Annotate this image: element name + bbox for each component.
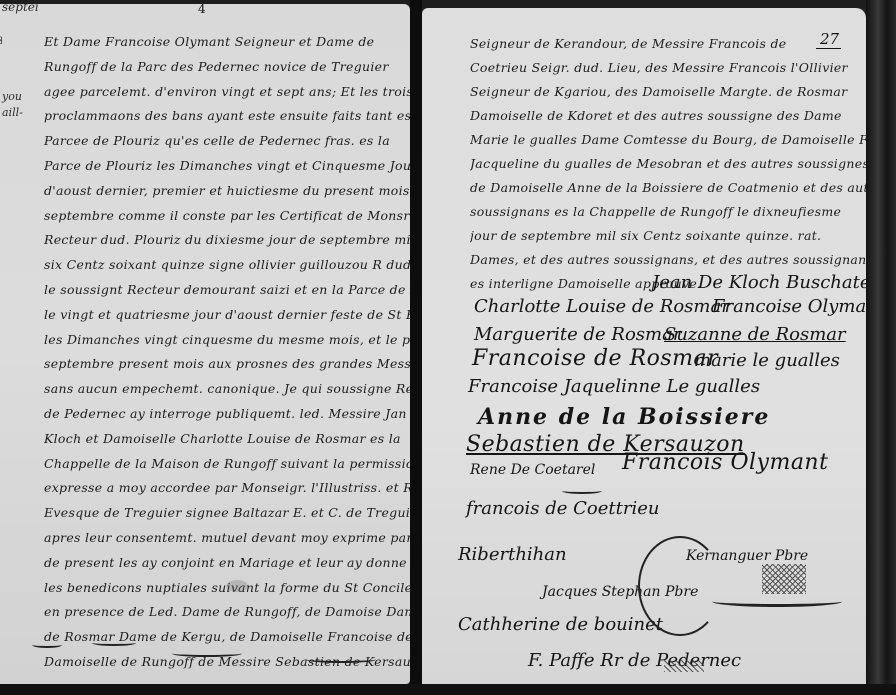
signature-flourish	[712, 596, 842, 607]
signature: Francoise de Rosmar	[472, 346, 718, 371]
line-flourish	[306, 656, 376, 663]
text-line: les Dimanches vingt cinquesme du mesme m…	[44, 328, 410, 353]
text-line: six Centz soixant quinze signe ollivier …	[44, 253, 410, 278]
signature: Francoise Jaquelinne Le gualles	[468, 376, 760, 397]
text-line: d'aoust dernier, premier et huictiesme d…	[44, 179, 410, 204]
signature: Rene De Coetarel	[470, 462, 595, 478]
bottom-edge	[0, 684, 896, 695]
text-line: Damoiselle de Kdoret et des autres souss…	[470, 104, 866, 128]
text-line: Et Dame Francoise Olymant Seigneur et Da…	[44, 30, 410, 55]
text-line: septembre present mois aux prosnes des g…	[44, 352, 410, 377]
folio-mark: 4	[198, 4, 206, 16]
text-line: Recteur dud. Plouriz du dixiesme jour de…	[44, 228, 410, 253]
text-line: Parcee de Plouriz qu'es celle de Pederne…	[44, 129, 410, 154]
left-page: septei 4 Tro you aill- Et Dame Francoise…	[0, 4, 410, 684]
signature-paraph-loop	[638, 536, 722, 636]
signature: Charlotte Louise de Rosmar	[474, 296, 730, 317]
text-line: Evesque de Treguier signee Baltazar E. e…	[44, 501, 410, 526]
right-page: 27 Seigneur de Kerandour, de Messire Fra…	[422, 8, 866, 688]
margin-fragment: septei	[2, 4, 39, 14]
text-line: jour de septembre mil six Centz soixante…	[470, 224, 866, 248]
binding-gutter	[410, 0, 422, 695]
text-line: de Damoiselle Anne de la Boissiere de Co…	[470, 176, 866, 200]
signature: marie le gualles	[694, 350, 840, 371]
signature: Francoise Olymant	[712, 296, 866, 317]
signature: Anne de la Boissiere	[478, 404, 770, 430]
right-page-text: Seigneur de Kerandour, de Messire Franco…	[470, 32, 866, 296]
scribble-mark	[762, 564, 806, 594]
text-line: Seigneur de Kgariou, des Damoiselle Marg…	[470, 80, 866, 104]
text-line: en presence de Led. Dame de Rungoff, de …	[44, 600, 410, 625]
text-line: expresse a moy accordee par Monseigr. l'…	[44, 476, 410, 501]
manuscript-scan: septei 4 Tro you aill- Et Dame Francoise…	[0, 0, 896, 695]
signature: F. Paffe Rr de Pedernec	[528, 650, 741, 671]
text-line: Parce de Plouriz les Dimanches vingt et …	[44, 154, 410, 179]
text-line: de Rosmar Dame de Kergu, de Damoiselle F…	[44, 625, 410, 650]
text-line: Seigneur de Kerandour, de Messire Franco…	[470, 32, 866, 56]
book-edge	[866, 0, 896, 695]
text-line: Jacqueline du gualles de Mesobran et des…	[470, 152, 866, 176]
text-line: Marie le gualles Dame Comtesse du Bourg,…	[470, 128, 866, 152]
text-line: le vingt et quatriesme jour d'aoust dern…	[44, 303, 410, 328]
text-line: le soussignt Recteur demourant saizi et …	[44, 278, 410, 303]
text-line: Kloch et Damoiselle Charlotte Louise de …	[44, 427, 410, 452]
signature: francois de Coettrieu	[466, 498, 659, 519]
text-line: proclammaons des bans ayant este ensuite…	[44, 104, 410, 129]
text-line: soussignans es la Chappelle de Rungoff l…	[470, 200, 866, 224]
text-line: Coetrieu Seigr. dud. Lieu, des Messire F…	[470, 56, 866, 80]
line-flourish	[32, 642, 62, 648]
text-line: apres leur consentemt. mutuel devant moy…	[44, 526, 410, 551]
left-page-text: Et Dame Francoise Olymant Seigneur et Da…	[44, 30, 410, 675]
signature: Jean De Kloch Buschatel	[652, 272, 866, 293]
text-line: de Pedernec ay interroge publiquemt. led…	[44, 402, 410, 427]
signature: Riberthihan	[458, 544, 567, 565]
signature: Marguerite de Rosmar	[474, 324, 681, 345]
scribble-mark	[664, 660, 704, 672]
margin-note-1: Tro	[0, 36, 4, 55]
ink-smudge	[226, 580, 248, 592]
text-line: Chappelle de la Maison de Rungoff suivan…	[44, 452, 410, 477]
signature: Suzanne de Rosmar	[664, 324, 846, 345]
signature: Cathherine de bouinet	[458, 614, 663, 635]
text-line: Rungoff de la Parc des Pedernec novice d…	[44, 55, 410, 80]
text-line: septembre comme il conste par les Certif…	[44, 204, 410, 229]
margin-note-3: aill-	[2, 106, 23, 119]
line-flourish	[172, 650, 242, 657]
signature: Francois Olymant	[622, 450, 828, 475]
text-line: Dames, et des autres soussignans, et des…	[470, 248, 866, 272]
margin-note-2: you	[2, 90, 22, 103]
line-flourish	[92, 640, 136, 646]
text-line: sans aucun empechemt. canonique. Je qui …	[44, 377, 410, 402]
text-line: agee parcelemt. d'environ vingt et sept …	[44, 80, 410, 105]
signature-flourish	[562, 488, 602, 494]
text-line: de present les ay conjoint en Mariage et…	[44, 551, 410, 576]
